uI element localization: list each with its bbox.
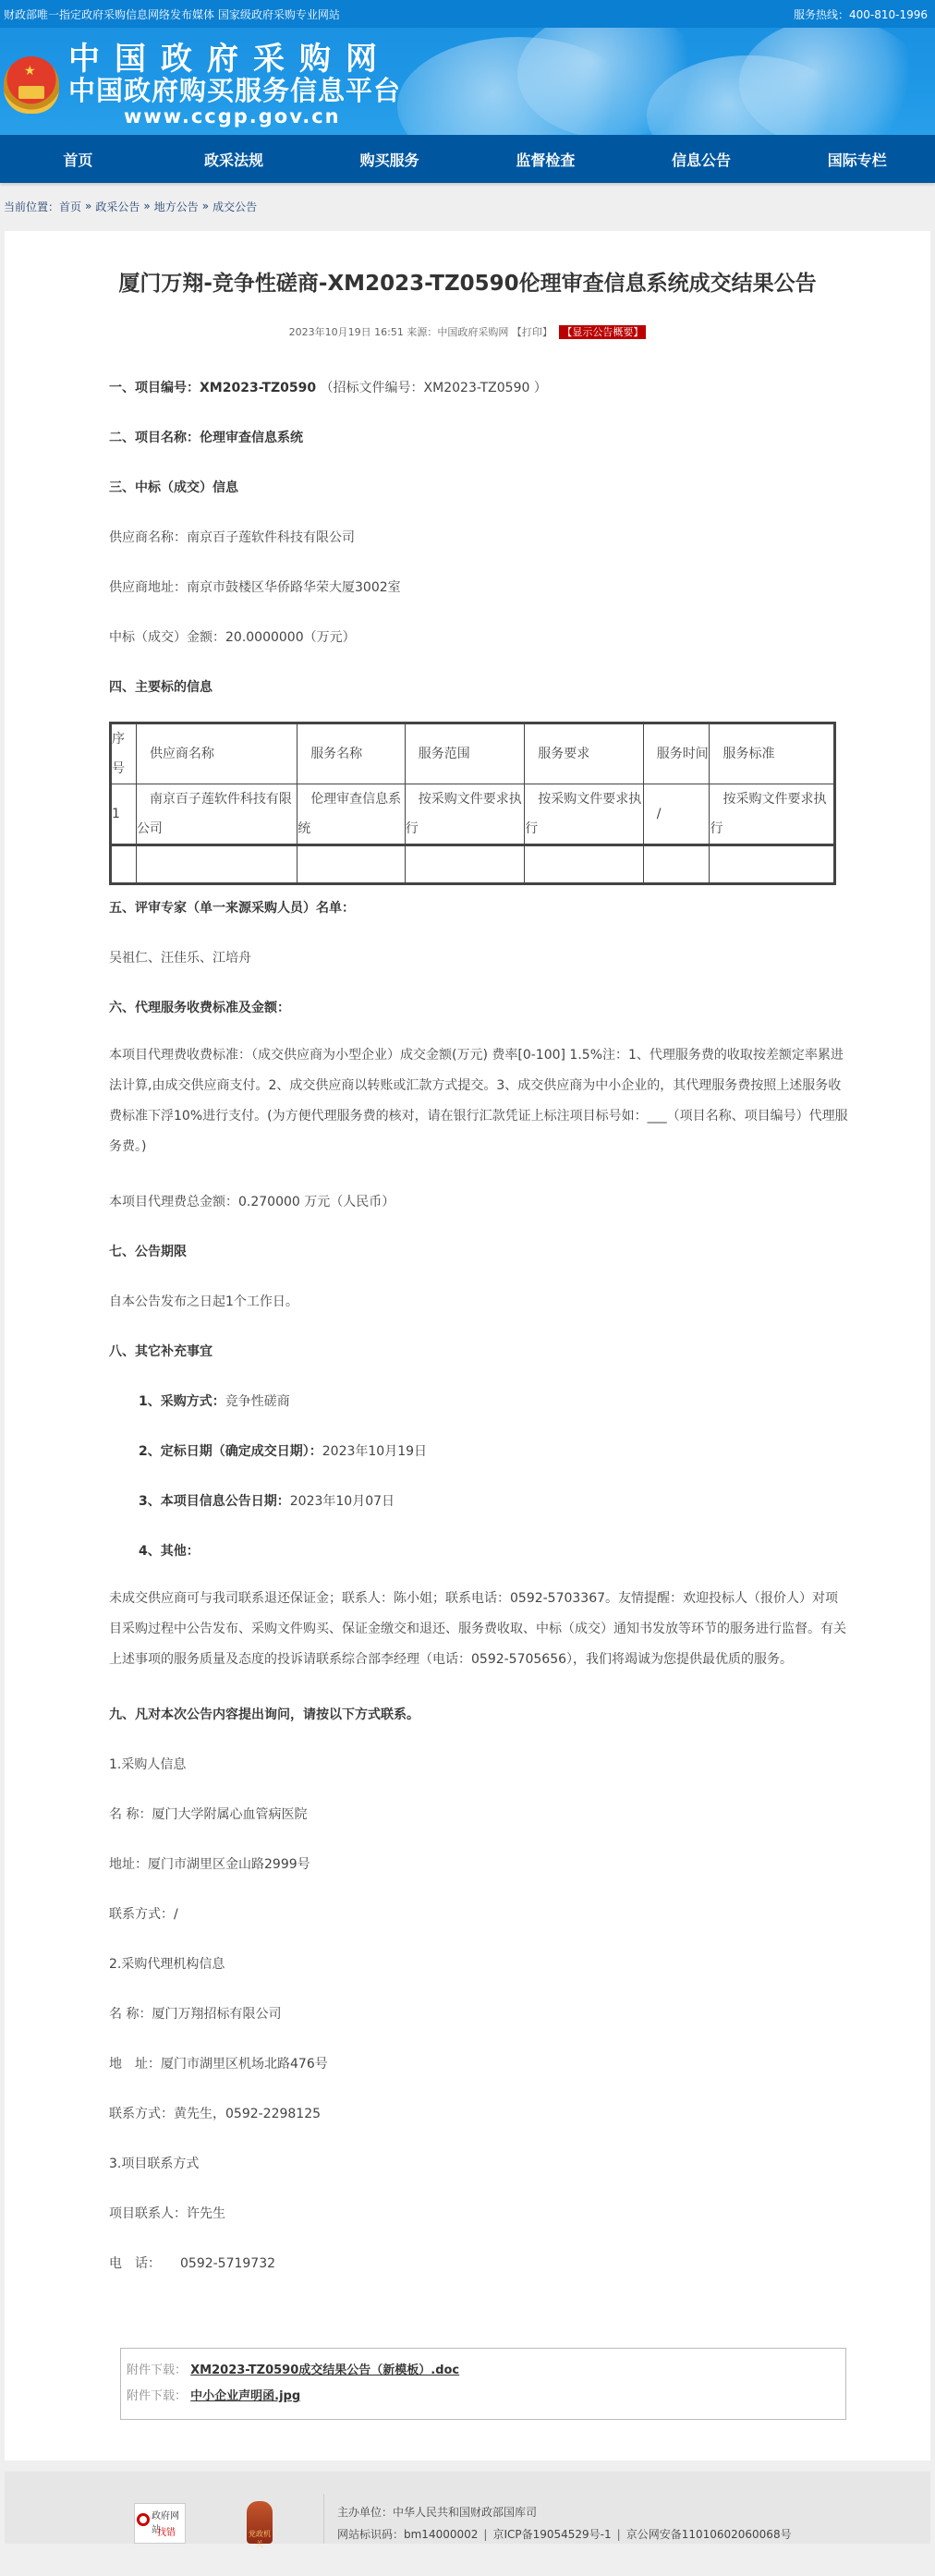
section-heading: 三、中标（成交）信息 [109,478,855,498]
buyer-name: 名 称：厦门大学附属心血管病医院 [109,1804,855,1825]
show-summary-button[interactable]: 【显示公告概要】 [559,325,646,339]
purchase-method: 1、采购方式：竞争性磋商 [109,1391,855,1412]
nav-announcements[interactable]: 信息公告 [624,149,780,170]
table-header-row: 序号 供应商名称 服务名称 服务范围 服务要求 服务时间 服务标准 [111,723,835,784]
breadcrumb-local-notices[interactable]: 地方公告 [154,199,199,214]
table-cell: / [643,784,710,845]
breadcrumb-home[interactable]: 首页 [59,199,81,214]
supplier-address: 供应商地址：南京市鼓楼区华侨路华荣大厦3002室 [109,577,855,598]
agency-name: 名 称：厦门万翔招标有限公司 [109,2004,855,2024]
agency-heading: 2.采购代理机构信息 [109,1954,855,1975]
buyer-contact: 联系方式：/ [109,1904,855,1925]
table-header-cell: 服务时间 [643,723,710,784]
expert-list: 吴祖仁、汪佳乐、江培舟 [109,948,855,968]
buyer-heading: 1.采购人信息 [109,1755,855,1775]
deal-amount: 中标（成交）金额：20.0000000（万元） [109,627,855,648]
party-gov-organ-badge[interactable]: 党政机关 [247,2501,273,2544]
table-header-cell: 服务要求 [525,723,643,784]
other-text: 未成交供应商可与我司联系退还保证金；联系人：陈小姐；联系电话：0592-5703… [109,1584,848,1675]
project-number: 一、项目编号：XM2023-TZ0590 （招标文件编号：XM2023-TZ05… [109,378,855,398]
source-label: 来源： [407,326,437,338]
footer-icp-link[interactable]: 京ICP备19054529号-1 [492,2528,611,2541]
attachment-item: 附件下载： XM2023-TZ0590成交结果公告（新模板）.doc [127,2358,840,2384]
footer-divider [323,2494,324,2544]
project-name: 二、项目名称：伦理审查信息系统 [109,428,855,448]
breadcrumb-procurement-notices[interactable]: 政采公告 [95,199,140,214]
site-footer: 政府网站 找错 党政机关 主办单位：中华人民共和国财政部国库司 网站标识码：bm… [5,2472,930,2544]
section-heading: 八、其它补充事宜 [109,1342,855,1362]
attachment-item: 附件下载： 中小企业声明函.jpg [127,2384,840,2410]
agency-address: 地 址：厦门市湖里区机场北路476号 [109,2054,855,2074]
section-heading: 九、凡对本次公告内容提出询问，请按以下方式联系。 [109,1705,855,1725]
table-header-cell: 序号 [111,723,137,784]
section-heading: 四、主要标的信息 [109,677,855,698]
table-header-cell: 服务标准 [710,723,835,784]
table-row: 1 南京百子莲软件科技有限公司 伦理审查信息系统 按采购文件要求执行 按采购文件… [111,784,835,845]
logo-url: www.ccgp.gov.cn [68,105,401,128]
attachment-label: 附件下载： [127,2389,187,2403]
project-contact-person: 项目联系人：许先生 [109,2204,855,2224]
fee-total: 本项目代理费总金额：0.270000 万元（人民币） [109,1192,855,1212]
national-emblem-icon: ★ [4,56,59,114]
table-cell: 南京百子莲软件科技有限公司 [136,784,297,845]
notice-period: 自本公告发布之日起1个工作日。 [109,1292,855,1312]
announce-date: 3、本项目信息公告日期：2023年10月07日 [109,1491,855,1512]
logo-subtitle: 中国政府购买服务信息平台 [68,76,401,105]
main-nav: 首页 政采法规 购买服务 监督检查 信息公告 国际专栏 [0,135,935,183]
article: 厦门万翔-竞争性磋商-XM2023-TZ0590伦理审查信息系统成交结果公告 2… [5,231,930,2461]
publish-datetime: 2023年10月19日 16:51 [289,326,404,338]
breadcrumb-separator: » [85,200,91,213]
buyer-address: 地址：厦门市湖里区金山路2999号 [109,1854,855,1875]
table-cell: 1 [111,784,137,845]
print-link[interactable]: 【打印】 [512,326,552,338]
footer-sponsor: 主办单位：中华人民共和国财政部国库司 [337,2501,792,2523]
section-heading: 五、评审专家（单一来源采购人员）名单： [109,898,855,918]
table-header-cell: 服务名称 [297,723,406,784]
page-title: 厦门万翔-竞争性磋商-XM2023-TZ0590伦理审查信息系统成交结果公告 [5,266,930,297]
agency-contact: 联系方式：黄先生，0592-2298125 [109,2104,855,2124]
table-cell: 按采购文件要求执行 [525,784,643,845]
breadcrumb-prefix: 当前位置： [4,199,59,214]
site-banner: ★ 中国政府采购网 中国政府购买服务信息平台 www.ccgp.gov.cn [0,28,935,135]
main-items-table: 序号 供应商名称 服务名称 服务范围 服务要求 服务时间 服务标准 1 南京百子… [109,722,836,885]
project-contact-heading: 3.项目联系方式 [109,2154,855,2174]
table-row-empty [111,845,835,884]
section-heading: 六、代理服务收费标准及金额： [109,998,855,1018]
attachment-label: 附件下载： [127,2363,187,2377]
section-heading: 七、公告期限 [109,1242,855,1262]
breadcrumb-deal-notices[interactable]: 成交公告 [212,199,257,214]
nav-international[interactable]: 国际专栏 [779,149,935,170]
supplier-name: 供应商名称：南京百子莲软件科技有限公司 [109,528,855,548]
nav-regulations[interactable]: 政采法规 [156,149,312,170]
breadcrumb-separator: » [143,200,150,213]
table-header-cell: 供应商名称 [136,723,297,784]
logo-title: 中国政府采购网 [68,43,401,76]
article-content: 一、项目编号：XM2023-TZ0590 （招标文件编号：XM2023-TZ05… [5,378,855,2274]
cloud-decoration [739,28,924,135]
other-label: 4、其他： [109,1541,855,1561]
attachments-box: 附件下载： XM2023-TZ0590成交结果公告（新模板）.doc 附件下载：… [120,2348,846,2420]
top-strip: 财政部唯一指定政府采购信息网络发布媒体 国家级政府采购专业网站 服务热线：400… [0,0,935,28]
article-meta: 2023年10月19日 16:51 来源：中国政府采购网 【打印】 【显示公告概… [5,324,930,339]
table-cell: 按采购文件要求执行 [405,784,524,845]
footer-site-code: 网站标识码：bm14000002 [337,2528,478,2541]
magnifier-icon [137,2513,150,2526]
nav-home[interactable]: 首页 [0,149,156,170]
source: 中国政府采购网 [437,326,508,338]
table-header-cell: 服务范围 [405,723,524,784]
footer-police-link[interactable]: 京公网安备11010602060068号 [626,2528,792,2541]
nav-purchase-services[interactable]: 购买服务 [311,149,467,170]
footer-info: 主办单位：中华人民共和国财政部国库司 网站标识码：bm14000002|京ICP… [337,2501,792,2546]
award-date: 2、定标日期（确定成交日期）：2023年10月19日 [109,1441,855,1462]
table-cell: 伦理审查信息系统 [297,784,406,845]
nav-supervision[interactable]: 监督检查 [467,149,624,170]
gov-site-error-report-badge[interactable]: 政府网站 找错 [134,2503,186,2544]
project-contact-phone: 电 话： 0592-5719732 [109,2254,855,2274]
breadcrumb-separator: » [202,200,209,213]
table-cell: 按采购文件要求执行 [710,784,835,845]
breadcrumb: 当前位置： 首页 » 政采公告 » 地方公告 » 成交公告 [0,183,935,229]
site-slogan: 财政部唯一指定政府采购信息网络发布媒体 国家级政府采购专业网站 [4,6,340,22]
attachment-link-jpg[interactable]: 中小企业声明函.jpg [190,2389,300,2403]
service-hotline: 服务热线：400-810-1996 [794,6,931,22]
fee-standard: 本项目代理费收费标准：（成交供应商为小型企业）成交金额(万元) 费率[0-100… [109,1040,848,1162]
site-logo[interactable]: ★ 中国政府采购网 中国政府购买服务信息平台 www.ccgp.gov.cn [4,43,401,128]
attachment-link-doc[interactable]: XM2023-TZ0590成交结果公告（新模板）.doc [190,2363,459,2377]
